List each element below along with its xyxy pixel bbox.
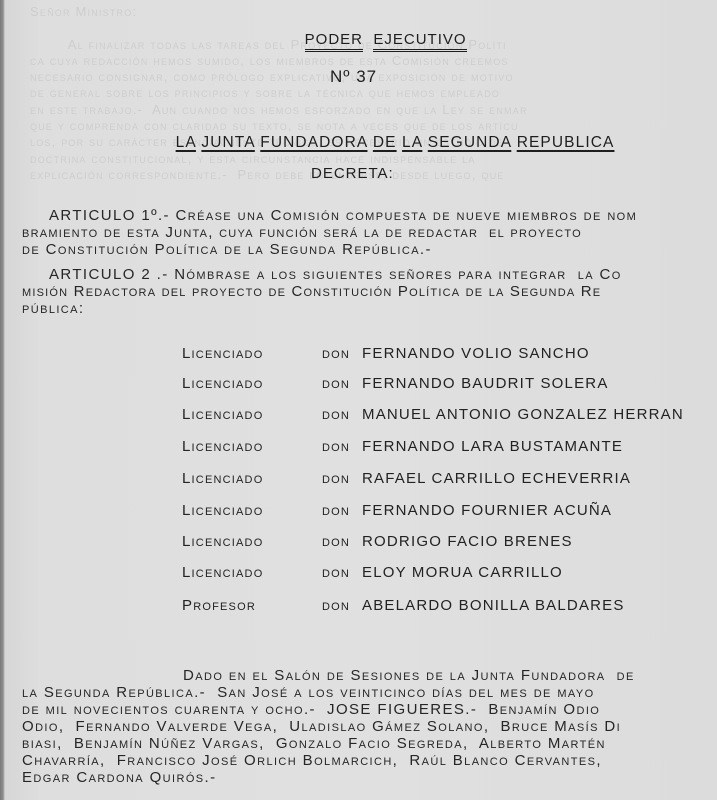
issuer-word: LA [402,134,422,151]
issuer-word: FUNDADORA [260,134,367,151]
header-title: PODER EJECUTIVO [284,14,467,65]
member-title: Licenciado [182,533,322,550]
member-row: LicenciadodonFERNANDO FOURNIER ACUÑA [182,502,612,519]
issuer-word: JUNTA [201,134,254,151]
issuer-word: SEGUNDA [428,134,512,151]
member-name: ABELARDO BONILLA BALDARES [362,597,625,614]
member-honorific: don [322,564,362,581]
article-2-line-3: pública: [22,300,84,317]
member-row: ProfesordonABELARDO BONILLA BALDARES [182,597,625,614]
member-title: Licenciado [182,470,322,487]
issuer-line: LA JUNTA FUNDADORA DE LA SEGUNDA REPUBLI… [154,116,614,170]
signatory-figueres: JOSE FIGUERES.- [327,701,477,718]
member-honorific: don [322,438,362,455]
member-title: Licenciado [182,438,322,455]
member-honorific: don [322,533,362,550]
member-title: Profesor [182,597,322,614]
member-title: Licenciado [182,375,322,392]
closing-line-6: Chavarría, Francisco José Orlich Bolmarc… [22,752,602,769]
member-row: LicenciadodonFERNANDO VOLIO SANCHO [182,345,590,362]
decree-number: Nº 37 [330,67,377,87]
closing-line-3: de mil novecientos cuarenta y ocho.- JOS… [22,701,600,718]
article-2-label: ARTICULO 2 .- [49,266,169,283]
issuer-word: REPUBLICA [517,134,615,151]
member-row: LicenciadodonFERNANDO BAUDRIT SOLERA [182,375,609,392]
member-honorific: don [322,470,362,487]
article-2-line-1: ARTICULO 2 .- Nómbrase a los siguientes … [49,266,622,283]
document-page: Señor Ministro: Al finalizar todas las t… [0,0,717,800]
member-honorific: don [322,375,362,392]
closing-line-4: Odio, Fernando Valverde Vega, Uladislao … [22,718,621,735]
closing-line-7: Edgar Cardona Quirós.- [22,769,216,786]
article-1-label: ARTICULO 1º.- [49,207,170,224]
member-name: FERNANDO FOURNIER ACUÑA [362,502,612,519]
member-row: LicenciadodonRODRIGO FACIO BRENES [182,533,573,550]
title-word: EJECUTIVO [373,31,466,52]
article-1-text: Créase una Comisión compuesta de nueve m… [176,207,638,224]
member-name: RODRIGO FACIO BRENES [362,533,573,550]
member-row: LicenciadodonELOY MORUA CARRILLO [182,564,563,581]
member-name: FERNANDO VOLIO SANCHO [362,345,590,362]
member-title: Licenciado [182,345,322,362]
article-1-line-3: de Constitución Política de la Segunda R… [22,241,432,258]
member-name: MANUEL ANTONIO GONZALEZ HERRAN [362,406,684,423]
member-name: FERNANDO LARA BUSTAMANTE [362,438,623,455]
member-title: Licenciado [182,406,322,423]
member-title: Licenciado [182,502,322,519]
member-row: LicenciadodonMANUEL ANTONIO GONZALEZ HER… [182,406,684,423]
member-title: Licenciado [182,564,322,581]
decreta-heading: DECRETA: [311,165,394,182]
article-2-line-2: misión Redactora del proyecto de Constit… [22,283,601,300]
closing-text: Benjamín Odio [477,701,600,718]
title-word: PODER [305,31,363,52]
article-1-line-1: ARTICULO 1º.- Créase una Comisión compue… [49,207,637,224]
member-name: FERNANDO BAUDRIT SOLERA [362,375,609,392]
issuer-word: DE [373,134,397,151]
member-honorific: don [322,345,362,362]
member-name: RAFAEL CARRILLO ECHEVERRIA [362,470,631,487]
article-1-line-2: bramiento de esta Junta, cuya función se… [22,224,582,241]
issuer-word: LA [176,134,196,151]
member-honorific: don [322,597,362,614]
member-row: LicenciadodonFERNANDO LARA BUSTAMANTE [182,438,623,455]
member-name: ELOY MORUA CARRILLO [362,564,563,581]
member-row: LicenciadodonRAFAEL CARRILLO ECHEVERRIA [182,470,631,487]
closing-line-2: la Segunda República.- San José a los ve… [22,684,595,701]
member-honorific: don [322,502,362,519]
member-honorific: don [322,406,362,423]
closing-text: de mil novecientos cuarenta y ocho.- [22,701,327,718]
closing-line-1: Dado en el Salón de Sesiones de la Junta… [183,667,635,684]
closing-line-5: biasi, Benjamín Núñez Vargas, Gonzalo Fa… [22,735,606,752]
article-2-text: Nómbrase a los siguientes señores para i… [174,266,622,283]
